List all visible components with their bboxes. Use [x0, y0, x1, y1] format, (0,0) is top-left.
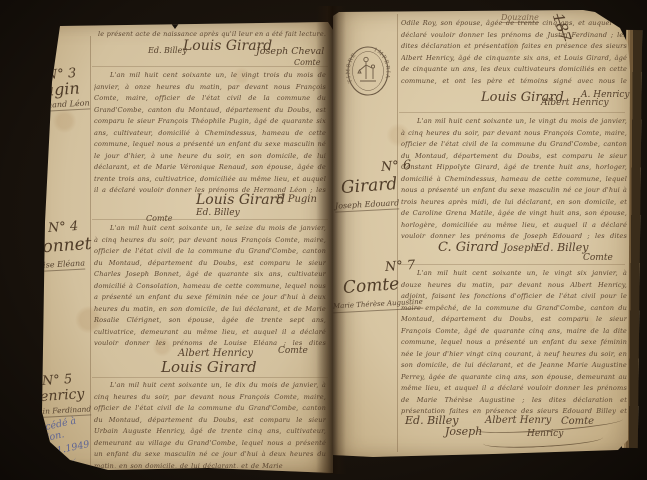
signature: Ed. Billey	[196, 208, 240, 218]
entry-continuation-body: Odile Roy, son épouse, âgée de trente ci…	[401, 18, 627, 88]
entry-surname: Comte	[342, 274, 400, 298]
stamp-figure	[358, 57, 376, 81]
paraph-squiggle	[35, 451, 77, 471]
signature: C. Girard	[438, 240, 499, 255]
entry-body: L'an mil huit cent soixante un, le vingt…	[401, 268, 627, 418]
signature: Joseph	[503, 243, 537, 254]
entry-firstnames: Louise Eléana	[28, 259, 86, 273]
entry-firstnames: Justin Ferdinand	[28, 404, 92, 418]
signature: Ed. Billey	[535, 241, 588, 254]
entry-body: L'an mil huit cent soixante un, le seize…	[94, 223, 326, 349]
signature: Louis Girard	[196, 192, 285, 208]
previous-act-closing-line: le présent acte de naissance après qu'il…	[98, 30, 326, 38]
signature: Louis Girard	[161, 358, 257, 376]
timbre-imperial-stamp: TIMBRE IMPERIAL	[345, 44, 391, 98]
entry-firstnames: Joseph Edouard	[335, 198, 400, 212]
entry-body: L'an mil huit cent soixante un, le vingt…	[401, 116, 627, 242]
entry-body: L'an mil huit cent soixante un, le dix d…	[94, 380, 326, 468]
signature: F. Pugin	[276, 194, 317, 205]
entry-number: N° 4	[48, 220, 79, 235]
entry-firstnames: Hermand Léon	[29, 98, 90, 112]
entry-surname: Bonnet	[29, 234, 92, 258]
entry-separator	[399, 264, 625, 265]
entry-separator	[92, 377, 328, 378]
entry-body: L'an mil huit cent soixante un, le vingt…	[94, 70, 326, 196]
stamp-legend-left: TIMBRE	[346, 52, 358, 84]
margin-rule	[397, 14, 398, 452]
signature: A. Henricy	[581, 90, 630, 100]
entry-separator	[92, 219, 328, 220]
entry-separator	[399, 112, 625, 113]
entry-surname: Girard	[340, 174, 398, 198]
death-annotation-line: Dijon.	[35, 429, 65, 446]
signature: Joseph Cheval	[256, 46, 324, 57]
entry-surname: Pugin	[32, 78, 80, 100]
entry-separator	[92, 66, 328, 67]
signature: Ed. Billey	[148, 46, 187, 55]
left-page: le présent acte de naissance après qu'il…	[28, 22, 333, 473]
signature: Comte	[583, 253, 613, 263]
signature-flourish	[483, 431, 604, 450]
scanned-register-photo: le présent acte de naissance après qu'il…	[0, 0, 647, 480]
signature: Comte	[278, 346, 308, 356]
death-annotation-line: le 17.1.1949	[30, 439, 91, 462]
entry-number: N° 5	[42, 373, 73, 388]
paper-notch	[170, 22, 180, 29]
svg-text:TIMBRE: TIMBRE	[346, 52, 358, 84]
right-page: Douzaine 187 TIMBRE IMPERIAL Odile Roy, …	[333, 10, 630, 457]
entry-surname: Henricy	[28, 386, 85, 406]
